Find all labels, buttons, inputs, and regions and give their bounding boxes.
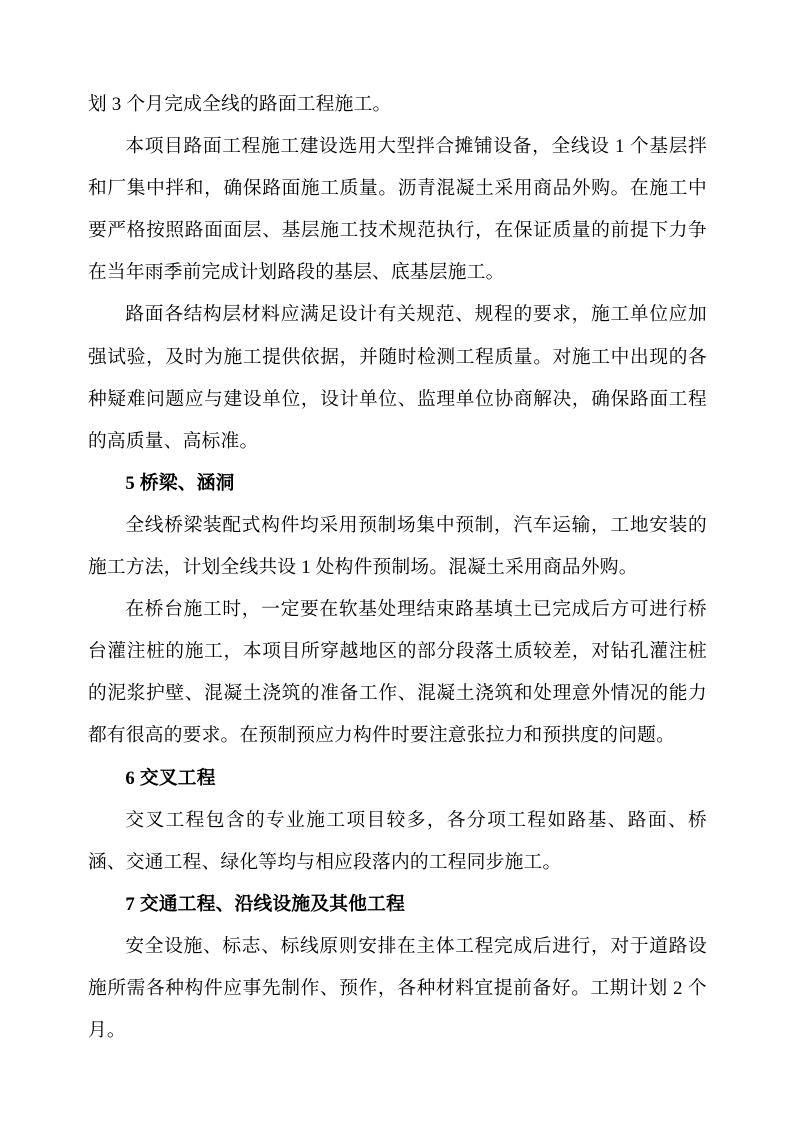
document-page: 划 3 个月完成全线的路面工程施工。本项目路面工程施工建设选用大型拌合摊铺设备，… [0, 0, 793, 1122]
paragraph: 交叉工程包含的专业施工项目较多，各分项工程如路基、路面、桥涵、交通工程、绿化等均… [88, 800, 707, 884]
paragraph: 安全设施、标志、标线原则安排在主体工程完成后进行，对于道路设施所需各种构件应事先… [88, 926, 707, 1052]
section-heading: 7 交通工程、沿线设施及其他工程 [88, 884, 707, 926]
paragraph: 划 3 个月完成全线的路面工程施工。 [88, 84, 707, 126]
section-heading: 6 交叉工程 [88, 758, 707, 800]
document-content: 划 3 个月完成全线的路面工程施工。本项目路面工程施工建设选用大型拌合摊铺设备，… [88, 84, 707, 1052]
section-heading: 5 桥梁、涵洞 [88, 463, 707, 505]
paragraph: 全线桥梁装配式构件均采用预制场集中预制，汽车运输，工地安装的施工方法，计划全线共… [88, 505, 707, 589]
paragraph: 本项目路面工程施工建设选用大型拌合摊铺设备，全线设 1 个基层拌和厂集中拌和，确… [88, 126, 707, 294]
paragraph: 在桥台施工时，一定要在软基处理结束路基填土已完成后方可进行桥台灌注桩的施工，本项… [88, 589, 707, 757]
paragraph: 路面各结构层材料应满足设计有关规范、规程的要求，施工单位应加强试验，及时为施工提… [88, 294, 707, 462]
